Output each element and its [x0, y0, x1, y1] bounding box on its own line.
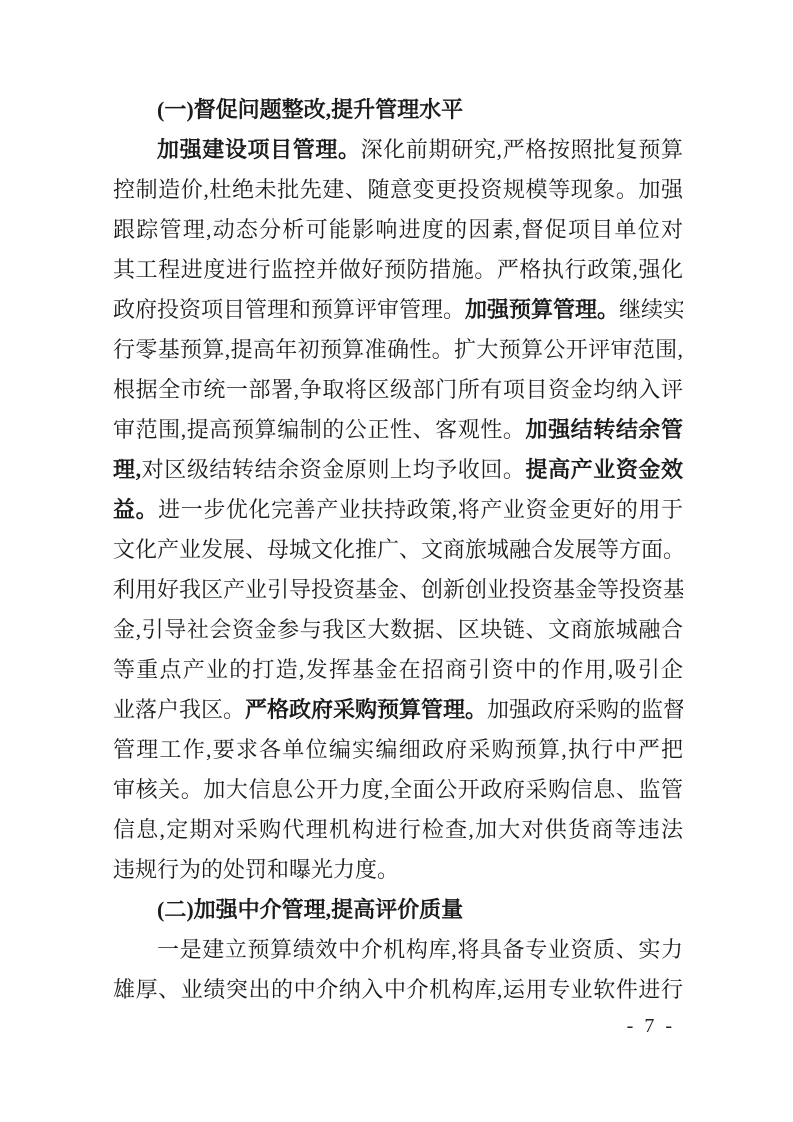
text-line: 等重点产业的打造,发挥基金在招商引资中的作用,吸引企 [113, 650, 683, 690]
text-segment: 文化产业发展、母城文化推广、文商旅城融合发展等方面。 [113, 537, 683, 562]
text-line: 利用好我区产业引导投资基金、创新创业投资基金等投资基 [113, 570, 683, 610]
document-body: (一)督促问题整改,提升管理水平加强建设项目管理。深化前期研究,严格按照批复预算… [113, 90, 683, 1010]
text-segment: 雄厚、业绩突出的中介纳入中介机构库,运用专业软件进行 [113, 977, 683, 1002]
text-line: 文化产业发展、母城文化推广、文商旅城融合发展等方面。 [113, 530, 683, 570]
bold-text-segment: 加强结转结余管 [526, 417, 683, 442]
heading-line: (一)督促问题整改,提升管理水平 [113, 90, 683, 130]
text-segment: 深化前期研究,严格按照批复预算 [361, 137, 683, 162]
text-segment: 对区级结转结余资金原则上均予收回。 [141, 457, 525, 482]
text-line: 政府投资项目管理和预算评审管理。加强预算管理。继续实 [113, 290, 683, 330]
text-line: 益。进一步优化完善产业扶持政策,将产业资金更好的用于 [113, 490, 683, 530]
text-segment: 其工程进度进行监控并做好预防措施。严格执行政策,强化 [113, 257, 683, 282]
text-segment: 跟踪管理,动态分析可能影响进度的因素,督促项目单位对 [113, 217, 683, 242]
text-segment: 加强政府采购的监督 [487, 697, 683, 722]
text-line: 雄厚、业绩突出的中介纳入中介机构库,运用专业软件进行 [113, 970, 683, 1010]
text-segment: 违规行为的处罚和曝光力度。 [113, 857, 399, 882]
bold-text-segment: 提高产业资金效 [526, 457, 683, 482]
text-line: 审范围,提高预算编制的公正性、客观性。加强结转结余管 [113, 410, 683, 450]
text-segment: 一是建立预算绩效中介机构库,将具备专业资质、实力 [157, 937, 683, 962]
text-segment: 管理工作,要求各单位编实编细政府采购预算,执行中严把 [113, 737, 683, 762]
text-segment: 政府投资项目管理和预算评审管理。 [113, 297, 465, 322]
text-line: 理,对区级结转结余资金原则上均予收回。提高产业资金效 [113, 450, 683, 490]
bold-text-segment: 加强预算管理。 [465, 297, 619, 322]
text-segment: 进一步优化完善产业扶持政策,将产业资金更好的用于 [158, 497, 683, 522]
text-line: 其工程进度进行监控并做好预防措施。严格执行政策,强化 [113, 250, 683, 290]
text-line: 审核关。加大信息公开力度,全面公开政府采购信息、监管 [113, 770, 683, 810]
bold-text-segment: 加强建设项目管理。 [157, 137, 361, 162]
text-line: 业落户我区。严格政府采购预算管理。加强政府采购的监督 [113, 690, 683, 730]
text-segment: 继续实 [619, 297, 683, 322]
text-segment: 利用好我区产业引导投资基金、创新创业投资基金等投资基 [113, 577, 683, 602]
bold-text-segment: (一)督促问题整改,提升管理水平 [157, 97, 463, 122]
text-line: 跟踪管理,动态分析可能影响进度的因素,督促项目单位对 [113, 210, 683, 250]
text-line: 违规行为的处罚和曝光力度。 [113, 850, 683, 890]
page-number: - 7 - [627, 1014, 675, 1038]
text-segment: 根据全市统一部署,争取将区级部门所有项目资金均纳入评 [113, 377, 683, 402]
text-line: 行零基预算,提高年初预算准确性。扩大预算公开评审范围, [113, 330, 683, 370]
text-segment: 信息,定期对采购代理机构进行检查,加大对供货商等违法 [113, 817, 683, 842]
bold-text-segment: 严格政府采购预算管理。 [245, 697, 487, 722]
text-segment: 审核关。加大信息公开力度,全面公开政府采购信息、监管 [113, 777, 683, 802]
text-segment: 控制造价,杜绝未批先建、随意变更投资规模等现象。加强 [113, 177, 683, 202]
text-line: 管理工作,要求各单位编实编细政府采购预算,执行中严把 [113, 730, 683, 770]
document-page: (一)督促问题整改,提升管理水平加强建设项目管理。深化前期研究,严格按照批复预算… [0, 0, 793, 1122]
text-line: 一是建立预算绩效中介机构库,将具备专业资质、实力 [113, 930, 683, 970]
text-line: 加强建设项目管理。深化前期研究,严格按照批复预算 [113, 130, 683, 170]
bold-text-segment: (二)加强中介管理,提高评价质量 [157, 897, 463, 922]
text-segment: 行零基预算,提高年初预算准确性。扩大预算公开评审范围, [113, 337, 683, 362]
text-line: 信息,定期对采购代理机构进行检查,加大对供货商等违法 [113, 810, 683, 850]
bold-text-segment: 益。 [113, 497, 158, 522]
text-segment: 审范围,提高预算编制的公正性、客观性。 [113, 417, 526, 442]
text-segment: 金,引导社会资金参与我区大数据、区块链、文商旅城融合 [113, 617, 683, 642]
heading-line: (二)加强中介管理,提高评价质量 [113, 890, 683, 930]
bold-text-segment: 理, [113, 457, 141, 482]
text-segment: 等重点产业的打造,发挥基金在招商引资中的作用,吸引企 [113, 657, 683, 682]
text-line: 金,引导社会资金参与我区大数据、区块链、文商旅城融合 [113, 610, 683, 650]
text-line: 根据全市统一部署,争取将区级部门所有项目资金均纳入评 [113, 370, 683, 410]
text-line: 控制造价,杜绝未批先建、随意变更投资规模等现象。加强 [113, 170, 683, 210]
text-segment: 业落户我区。 [113, 697, 245, 722]
